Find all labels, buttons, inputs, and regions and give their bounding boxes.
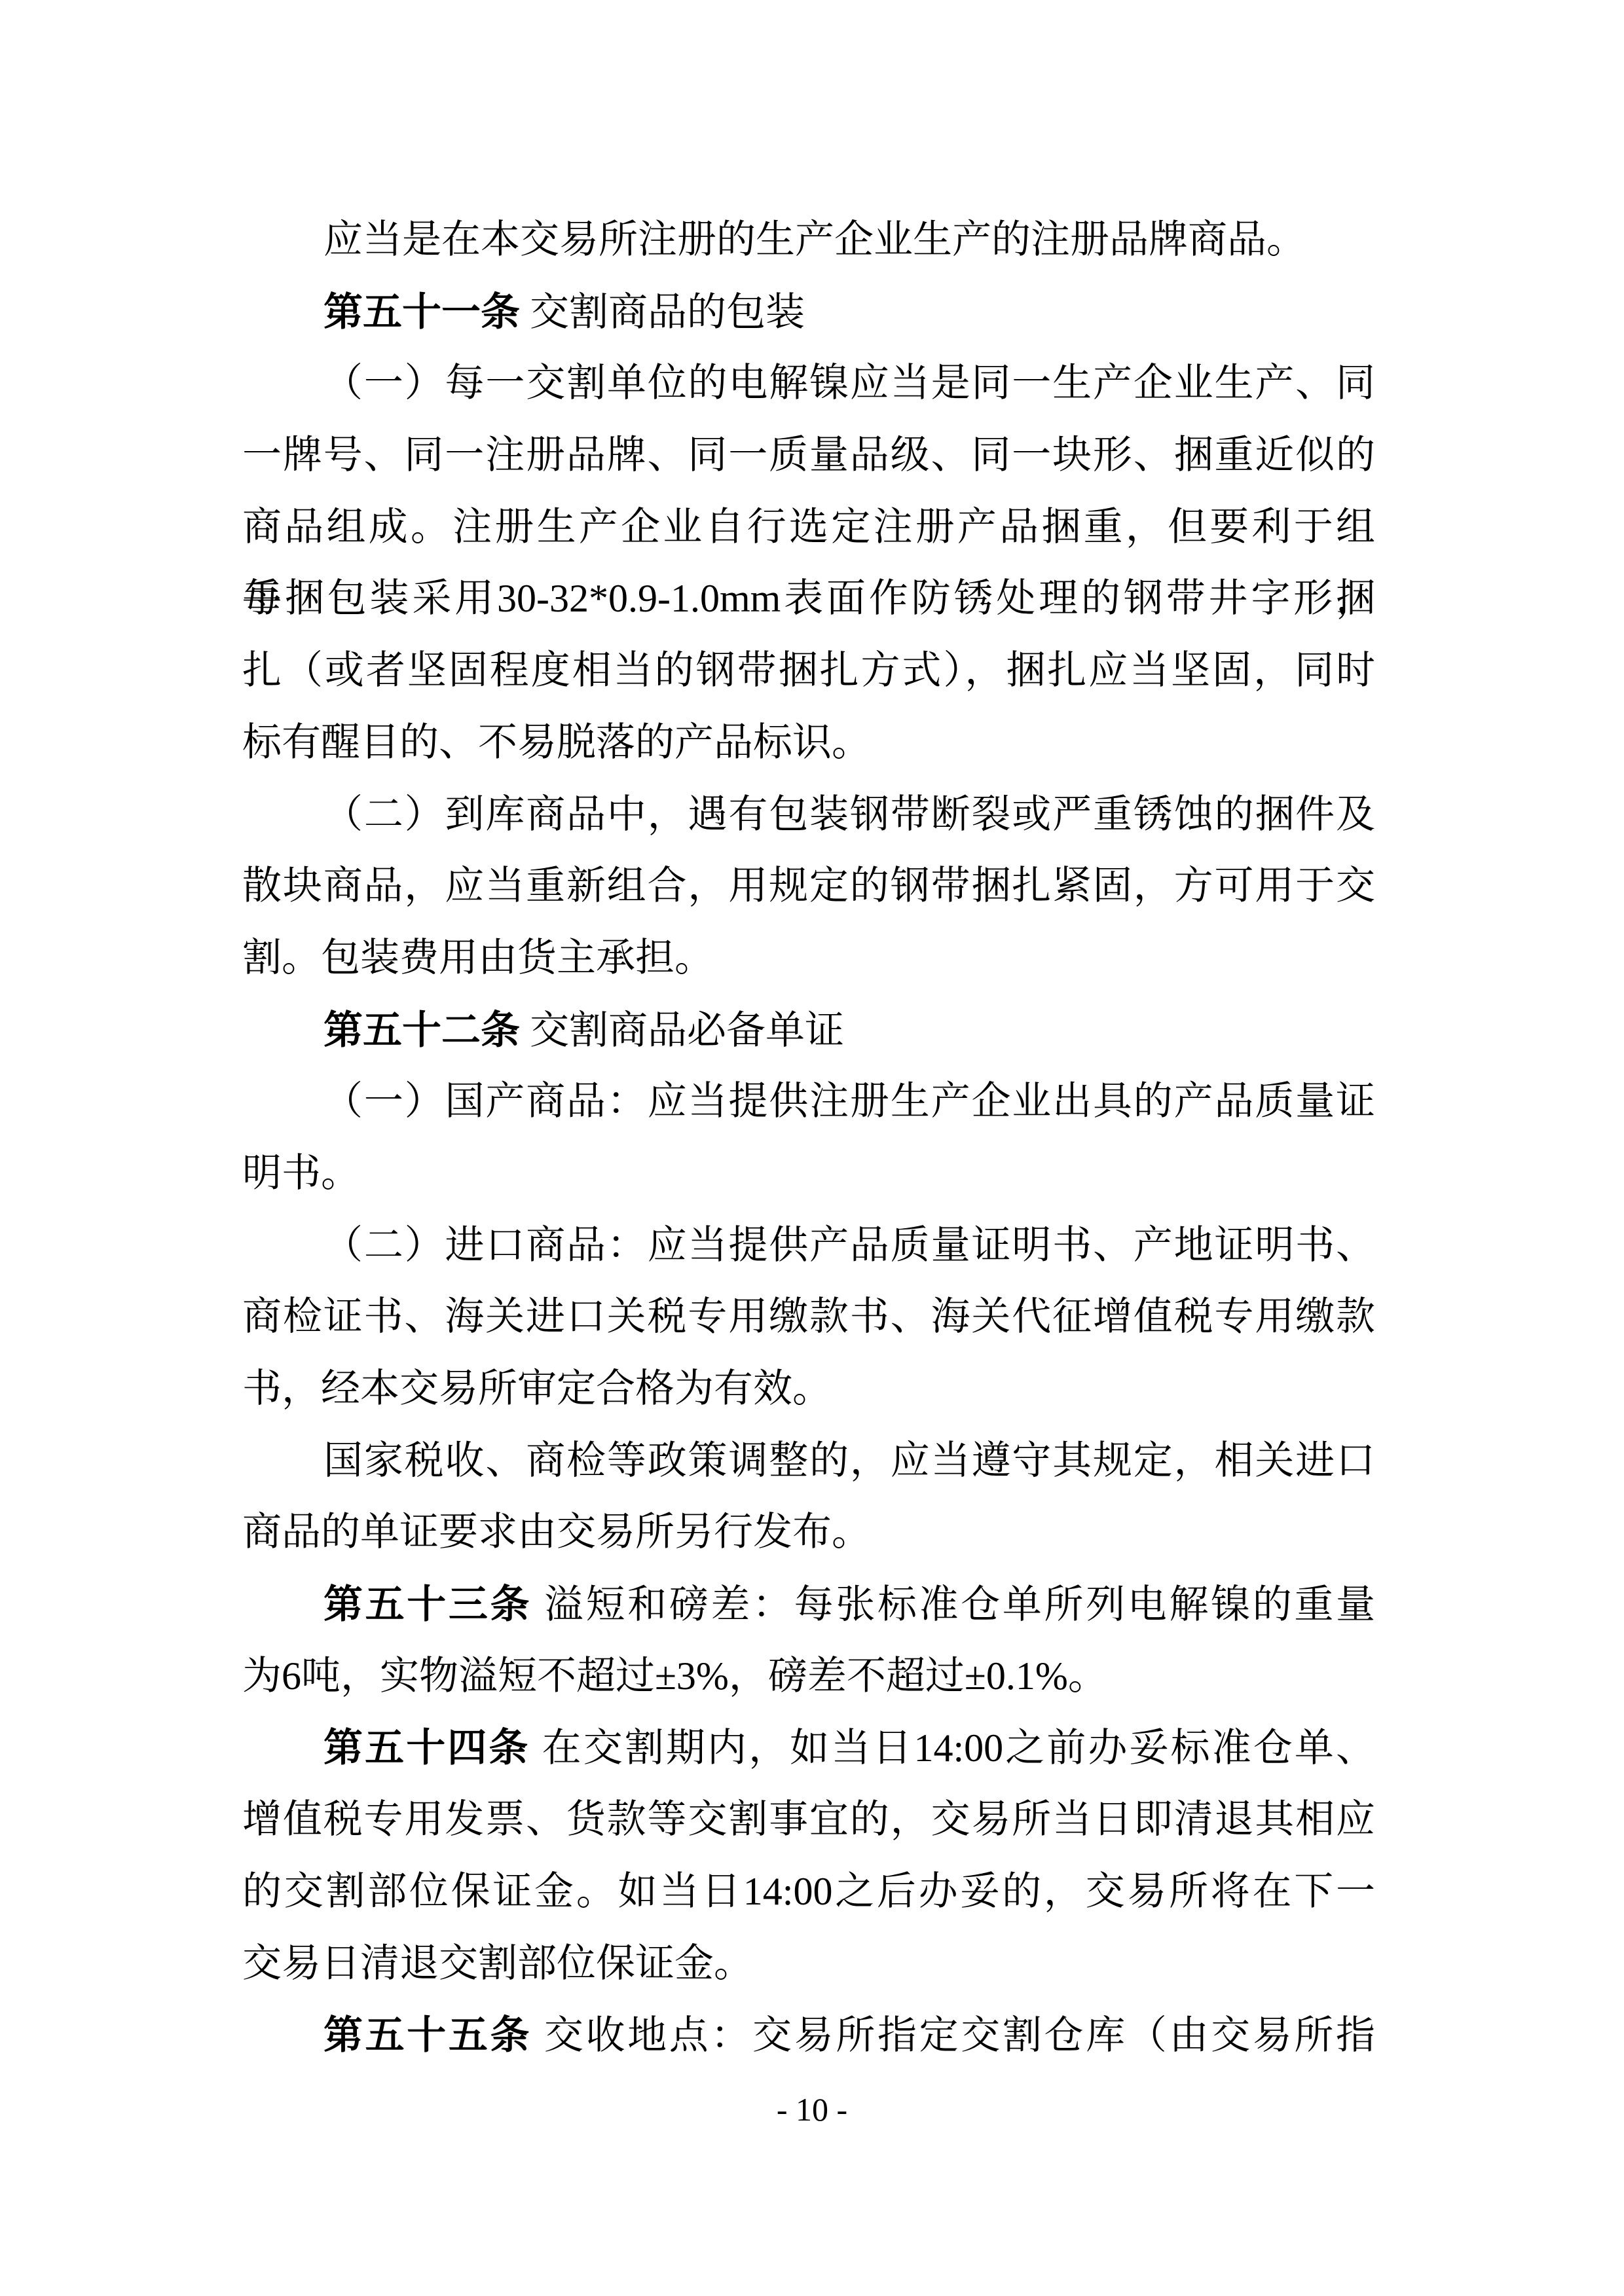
text-line: （二）到库商品中，遇有包装钢带断裂或严重锈蚀的捆件及 [242,779,1375,851]
text-line: 一牌号、同一注册品牌、同一质量品级、同一块形、捆重近似的 [242,420,1375,492]
text-line: 割。包装费用由货主承担。 [242,922,1375,994]
text-line: 第五十二条 交割商品必备单证 [242,994,1375,1066]
text-line: 第五十三条 溢短和磅差：每张标准仓单所列电解镍的重量 [242,1569,1375,1641]
text-line: 扎（或者坚固程度相当的钢带捆扎方式），捆扎应当坚固，同时 [242,635,1375,707]
text-line: 交易日清退交割部位保证金。 [242,1928,1375,2000]
text-line: 每捆包装采用30-32*0.9-1.0mm表面作防锈处理的钢带井字形捆 [242,563,1375,635]
text-line: 的交割部位保证金。如当日14:00之后办妥的，交易所将在下一 [242,1856,1375,1928]
text-line: 商品的单证要求由交易所另行发布。 [242,1497,1375,1569]
text-line: （一）每一交割单位的电解镍应当是同一生产企业生产、同 [242,348,1375,420]
text-line: 散块商品，应当重新组合，用规定的钢带捆扎紧固，方可用于交 [242,850,1375,922]
text-line: 第五十一条 交割商品的包装 [242,276,1375,348]
article-number: 第五十二条 [323,1008,520,1052]
text-line: （一）国产商品：应当提供注册生产企业出具的产品质量证 [242,1066,1375,1138]
text-line: 第五十五条 交收地点：交易所指定交割仓库（由交易所指 [242,1999,1375,2071]
text-line: 商检证书、海关进口关税专用缴款书、海关代征增值税专用缴款 [242,1281,1375,1353]
page-footer: - 10 - [0,2090,1624,2129]
text-line: 国家税收、商检等政策调整的，应当遵守其规定，相关进口 [242,1425,1375,1497]
article-number: 第五十四条 [323,1726,530,1770]
article-number: 第五十三条 [323,1582,532,1626]
text-line: （二）进口商品：应当提供产品质量证明书、产地证明书、 [242,1210,1375,1282]
text-line: 增值税专用发票、货款等交割事宜的，交易所当日即清退其相应 [242,1784,1375,1856]
text-line: 明书。 [242,1138,1375,1210]
article-number: 第五十一条 [323,290,520,334]
page-number: - 10 - [777,2091,847,2128]
text-line: 标有醒目的、不易脱落的产品标识。 [242,707,1375,779]
text-line: 为6吨，实物溢短不超过±3%，磅差不超过±0.1%。 [242,1641,1375,1713]
article-number: 第五十五条 [323,2013,532,2057]
text-line: 书，经本交易所审定合格为有效。 [242,1353,1375,1425]
text-line: 商品组成。注册生产企业自行选定注册产品捆重，但要利于组手， [242,492,1375,564]
document-body: 应当是在本交易所注册的生产企业生产的注册品牌商品。第五十一条 交割商品的包装（一… [242,204,1375,2071]
text-line: 第五十四条 在交割期内，如当日14:00之前办妥标准仓单、 [242,1712,1375,1784]
text-line: 应当是在本交易所注册的生产企业生产的注册品牌商品。 [242,204,1375,276]
document-page: 应当是在本交易所注册的生产企业生产的注册品牌商品。第五十一条 交割商品的包装（一… [0,0,1624,2296]
